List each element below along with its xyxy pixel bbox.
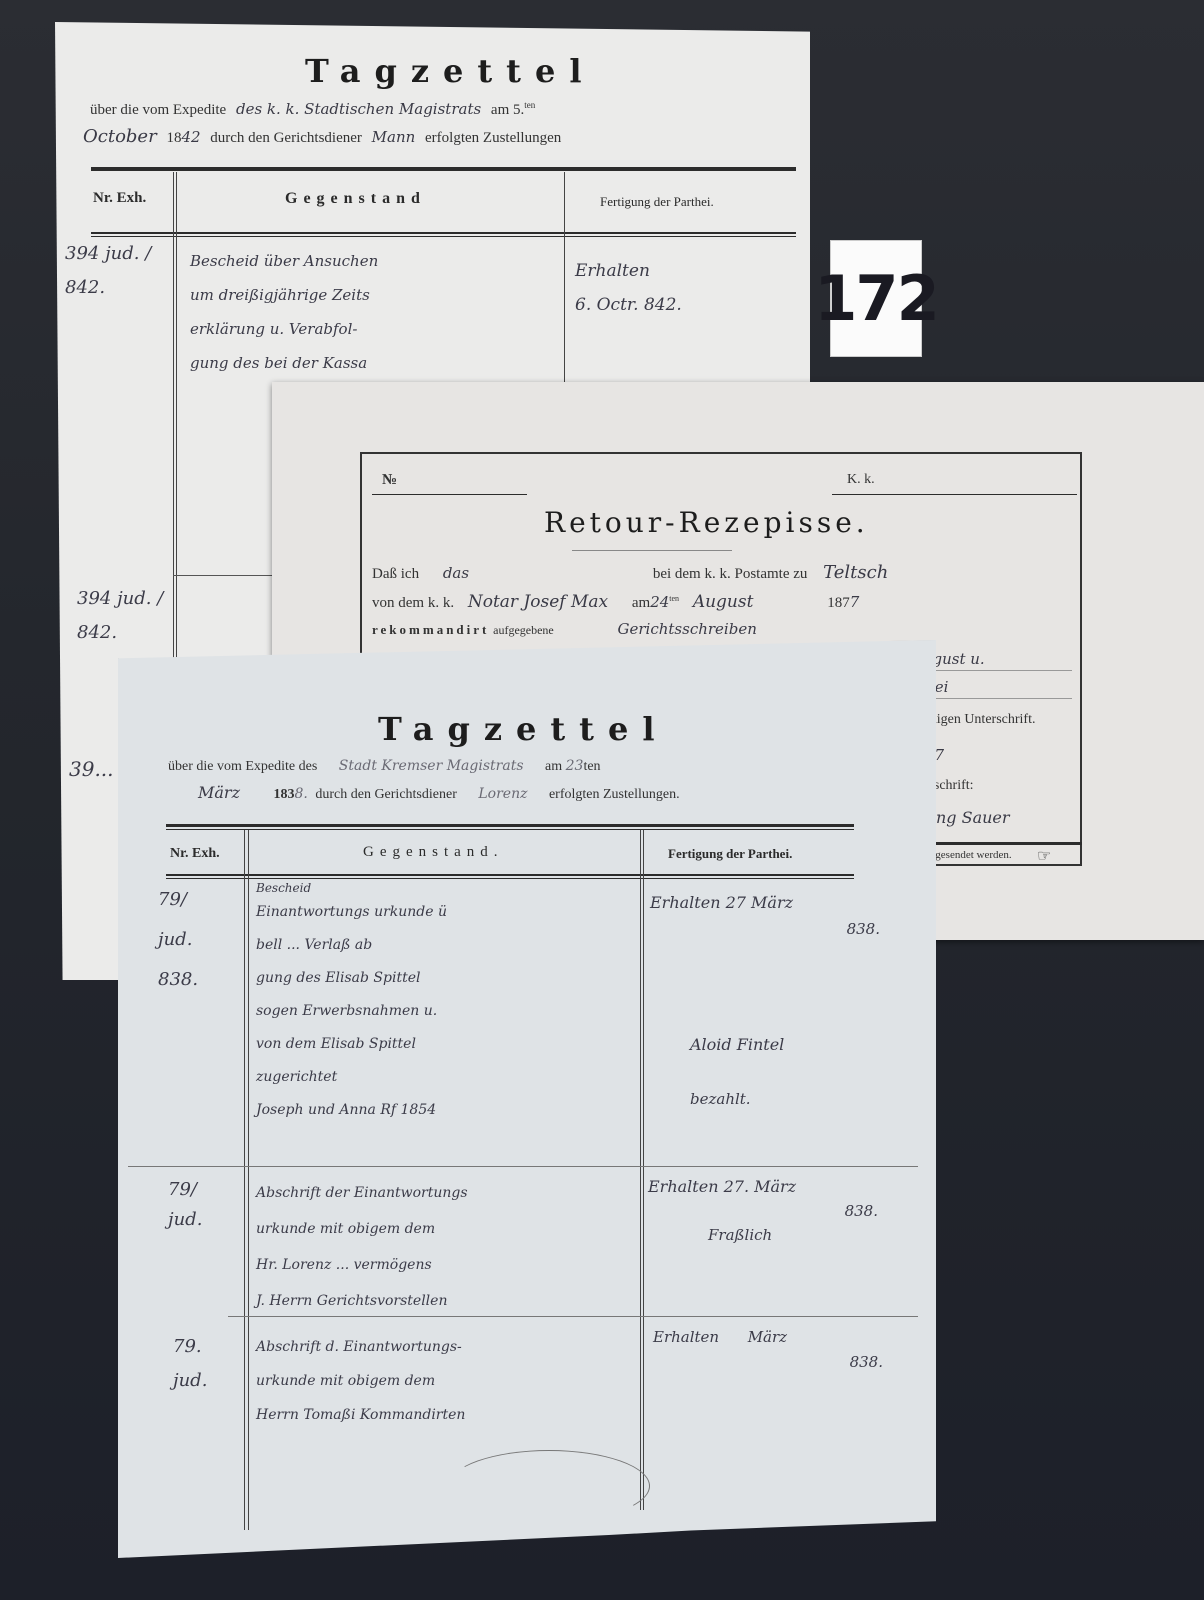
sheet1-header-line2: October 1842 durch den Gerichtsdiener Ma… [83,126,561,147]
sheet1-header-line1: über die vom Expedite des k. k. Stadtisc… [90,100,535,119]
sheet1-col-divider-1b [176,172,177,692]
sheet3-row2-gegenstand: Abschrift der Einantwortungs urkunde mit… [256,1175,646,1319]
sheet1-row1-nr: 394 jud. / 842. [65,237,170,305]
sheet3-title: Tagzettel [378,710,668,748]
rezepisse-number-label: № [382,472,397,489]
rezepisse-line3: rekommandirt aufgegebene Gerichtsschreib… [372,620,757,639]
rezepisse-line2: von dem k. k. Notar Josef Max am24ten Au… [372,592,859,612]
sheet3-row3-nr: 79. jud. [173,1330,253,1398]
rezepisse-number-underline [372,494,527,495]
sheet3-row1-fertigung: Erhalten 27 März 838. Aloid Fintel bezah… [650,886,910,1116]
sheet3-col-gegenstand: Gegenstand. [363,844,504,861]
sheet3-row3-gegenstand: Abschrift d. Einantwortungs- urkunde mit… [256,1330,646,1432]
sheet3-row2-fertigung: Erhalten 27. März 838. Fraßlich [648,1170,908,1252]
sheet1-col-fertigung: Fertigung der Parthei. [600,194,714,210]
rezepisse-kk-label: K. k. [847,472,875,488]
sheet1-col-divider-2 [564,172,565,382]
sheet1-col-nr: Nr. Exh. [93,190,146,207]
sheet3-row1-nr: 79/ jud. 838. [158,880,238,1000]
rezepisse-line4-rule [912,670,1072,671]
sheet3-row3-fertigung: Erhalten März 838. [653,1320,913,1370]
sheet3-col-nr: Nr. Exh. [170,846,220,862]
sheet1-row1-fertigung: Erhalten 6. Octr. 842. [575,254,795,322]
spacer [650,938,910,1028]
rezepisse-line1: Daß ich das bei dem k. k. Postamte zu Te… [372,562,888,583]
pointing-hand-icon: ☞ [1037,846,1051,866]
sheet3-header-rule-thin [166,878,854,879]
sheet3-top-rule-thin [166,829,854,830]
sheet1-title: Tagzettel [305,52,595,90]
rezepisse-kk-underline [832,494,1077,495]
sheet1-header-rule [91,232,796,234]
sheet1-row2-nr: 394 jud. / 842. [77,582,172,650]
sheet3-row-separator-2 [228,1316,918,1317]
tagzettel-1838-sheet: Tagzettel über die vom Expedite des Stad… [118,640,936,1558]
sheet3-row2-nr: 79/ jud. [168,1175,248,1235]
sheet3-row1-gegenstand: Bescheid Einantwortungs urkunde ü bell .… [256,880,636,1127]
flourish-mark [448,1450,650,1522]
sheet1-col-gegenstand: Gegenstand [285,190,426,208]
rezepisse-title: Retour-Rezepisse. [544,506,869,539]
sheet1-expedite-handwriting: des k. k. Stadtischen Magistrats [236,100,481,118]
sheet3-row-separator-1 [128,1166,918,1167]
spacer [650,1062,910,1082]
sheet1-col-divider-1 [173,172,174,692]
lot-number-sticker: 172 [830,240,922,357]
sheet3-col-divider-1b [248,830,249,1530]
sheet3-top-rule [166,824,854,827]
sheet1-header-rule-thin [91,236,796,237]
sheet1-top-rule [91,167,796,171]
rezepisse-title-underline [572,550,732,551]
sheet3-header-rule [166,874,854,876]
sheet3-header-line2: März 1838. durch den Gerichtsdiener Lore… [198,783,680,803]
sheet3-header-line1: über die vom Expedite des Stadt Kremser … [168,758,601,775]
rezepisse-line5-rule [912,698,1072,699]
sheet3-col-fertigung: Fertigung der Parthei. [668,846,792,862]
sheet1-row1-gegenstand: Bescheid über Ansuchen um dreißigjährige… [190,244,560,380]
